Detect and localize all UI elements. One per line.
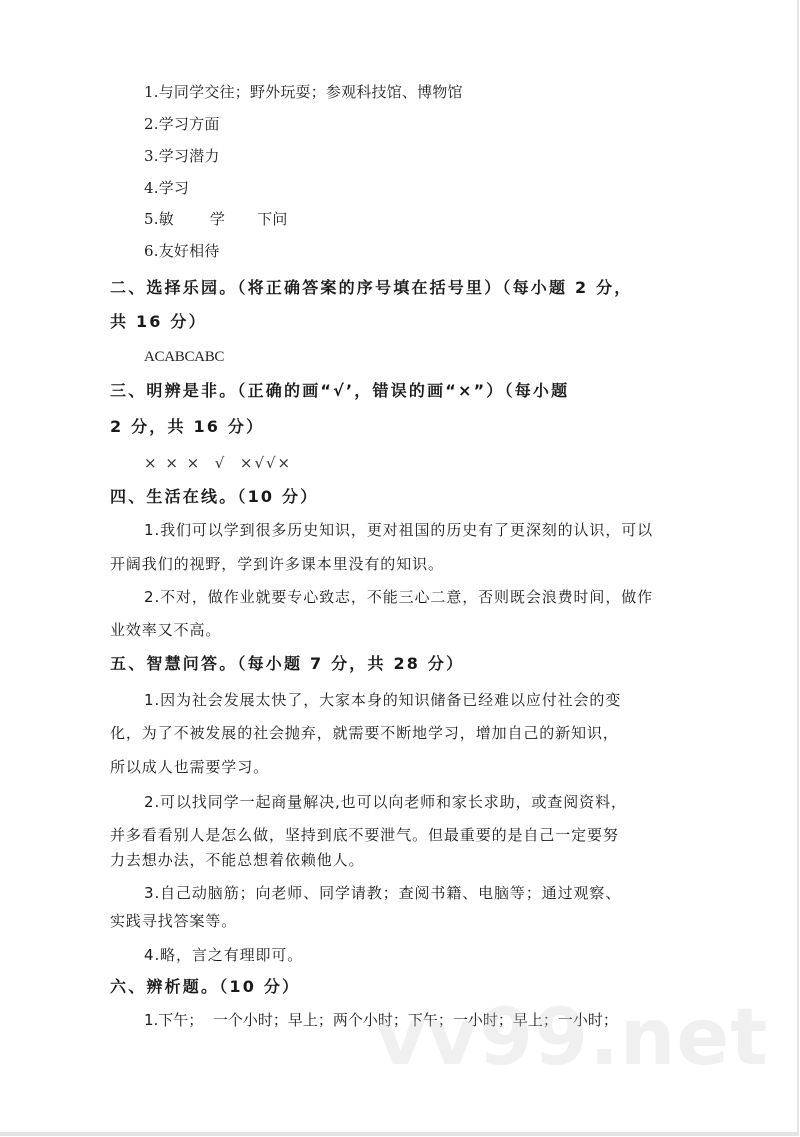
section4-heading: 四、生活在线。（10 分） xyxy=(110,487,318,507)
section4-line-1: 1.我们可以学到很多历史知识，更对祖国的历史有了更深刻的认识，可以 xyxy=(144,520,653,540)
section5-heading: 五、智慧问答。（每小题 7 分，共 28 分） xyxy=(110,654,464,674)
section4-line-3: 2.不对，做作业就要专心致志，不能三心二意，否则既会浪费时间，做作 xyxy=(144,587,653,607)
section5-line-2: 化，为了不被发展的社会抛弃，就需要不断地学习，增加自己的新知识， xyxy=(110,723,619,743)
section1-item-3: 3.学习潜力 xyxy=(144,146,220,166)
section5-line-5: 并多看看别人是怎么做，坚持到底不要泄气。但最重要的是自己一定要努 xyxy=(110,825,619,845)
section3-answers: × × × √ ×√√× xyxy=(144,453,292,473)
item-text: 学习方面 xyxy=(159,115,220,133)
item-number: 5. xyxy=(144,210,159,228)
section5-line-6: 力去想办法，不能总想着依赖他人。 xyxy=(110,850,364,870)
document-page: 1.与同学交往；野外玩耍；参观科技馆、博物馆 2.学习方面 3.学习潜力 4.学… xyxy=(0,0,799,1136)
item-text: 与同学交往；野外玩耍；参观科技馆、博物馆 xyxy=(159,83,463,101)
section1-item-6: 6.友好相待 xyxy=(144,241,220,261)
section2-answer: ACABCABC xyxy=(144,347,224,367)
item-number: 2. xyxy=(144,115,159,133)
section1-item-4: 4.学习 xyxy=(144,178,189,198)
section1-item-5: 5.敏学下问 xyxy=(144,209,288,229)
section3-heading-cont: 2 分，共 16 分） xyxy=(110,417,264,437)
item-text: 友好相待 xyxy=(159,242,220,260)
section6-line-1: 1.下午； 一个小时；早上；两个小时；下午；一小时；早上；一小时； xyxy=(144,1010,618,1030)
section5-line-4: 2.可以找同学一起商量解决,也可以向老师和家长求助，或查阅资料， xyxy=(144,792,627,812)
item-number: 6. xyxy=(144,242,159,260)
section4-line-2: 开阔我们的视野，学到许多课本里没有的知识。 xyxy=(110,554,444,574)
section4-line-4: 业效率又不高。 xyxy=(110,620,221,640)
section5-line-9: 4.略，言之有理即可。 xyxy=(144,945,303,965)
section2-heading-cont: 共 16 分） xyxy=(110,312,207,332)
section2-heading: 二、选择乐园。（将正确答案的序号填在括号里）（每小题 2 分， xyxy=(110,278,632,298)
section6-heading: 六、辨析题。（10 分） xyxy=(110,977,300,997)
section5-line-3: 所以成人也需要学习。 xyxy=(110,757,269,777)
item-number: 4. xyxy=(144,179,159,197)
section3-heading: 三、明辨是非。（正确的画“√’，错误的画“×”）（每小题 xyxy=(110,381,569,401)
item-number: 3. xyxy=(144,147,159,165)
section5-line-1: 1.因为社会发展太快了，大家本身的知识储备已经难以应付社会的变 xyxy=(144,690,621,710)
section5-line-8: 实践寻找答案等。 xyxy=(110,911,237,931)
item-part: 学 xyxy=(210,210,225,228)
item-number: 1. xyxy=(144,83,159,101)
item-part: 下问 xyxy=(257,210,287,228)
section1-item-1: 1.与同学交往；野外玩耍；参观科技馆、博物馆 xyxy=(144,82,463,102)
section1-item-2: 2.学习方面 xyxy=(144,114,220,134)
item-text: 学习 xyxy=(159,179,189,197)
item-part: 敏 xyxy=(159,210,174,228)
item-text: 学习潜力 xyxy=(159,147,220,165)
section5-line-7: 3.自己动脑筋；向老师、同学请教；查阅书籍、电脑等；通过观察、 xyxy=(144,883,621,903)
